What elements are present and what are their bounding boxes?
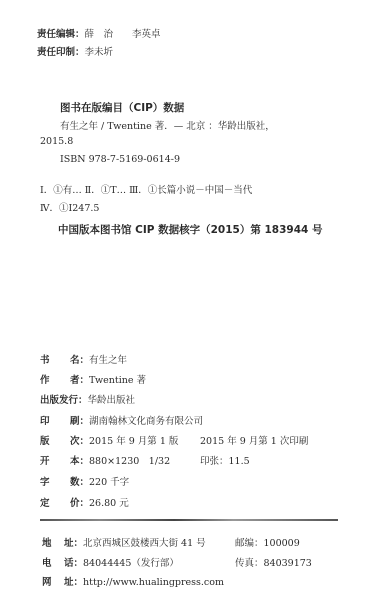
publisher: 华龄出版社 bbox=[88, 395, 136, 406]
book-title: 有生之年 bbox=[89, 355, 127, 366]
format: 880×1230 1/32 bbox=[89, 456, 170, 467]
cip-line2: 2015.8 bbox=[40, 136, 73, 147]
printing-edition: 2015 年 9 月第 1 次印刷 bbox=[200, 433, 308, 447]
detail-edition: 版次：2015 年 9 月第 1 版 bbox=[40, 433, 178, 447]
printing-name: 李未圻 bbox=[85, 47, 114, 58]
editor-credit: 责任编辑：薛 治 李英卓 bbox=[37, 26, 161, 40]
contact-phone: 电话：84044445（发行部） bbox=[42, 555, 179, 569]
detail-author: 作者：Twentine 著 bbox=[40, 372, 146, 386]
printer: 湖南翰林文化商务有限公司 bbox=[89, 416, 203, 427]
printing-credit: 责任印制：李未圻 bbox=[37, 44, 113, 58]
cip-isbn: ISBN 978-7-5169-0614-9 bbox=[60, 154, 180, 165]
postcode: 邮编：100009 bbox=[235, 535, 300, 549]
phone: 84044445（发行部） bbox=[83, 558, 179, 569]
editor-names: 薛 治 李英卓 bbox=[85, 29, 161, 40]
word-count: 220 千字 bbox=[89, 477, 129, 488]
detail-price: 定价：26.80 元 bbox=[40, 495, 129, 509]
contact-website: 网址：http://www.hualingpress.com bbox=[42, 574, 224, 588]
address: 北京西城区鼓楼西大街 41 号 bbox=[83, 538, 206, 549]
fax: 传真：84039173 bbox=[235, 555, 312, 569]
cip-class2: Ⅳ．①I247.5 bbox=[40, 200, 99, 214]
printing-label: 责任印制： bbox=[37, 47, 85, 58]
sheets: 印张：11.5 bbox=[200, 453, 250, 467]
price: 26.80 元 bbox=[89, 498, 129, 509]
cip-record: 中国版本图书馆 CIP 数据核字（2015）第 183944 号 bbox=[58, 222, 323, 237]
detail-publisher: 出版发行：华龄出版社 bbox=[40, 392, 135, 406]
editor-label: 责任编辑： bbox=[37, 29, 85, 40]
detail-printer: 印刷：湖南翰林文化商务有限公司 bbox=[40, 413, 203, 427]
cip-line1: 有生之年 / Twentine 著．— 北京 ：华龄出版社， bbox=[60, 118, 275, 132]
detail-title: 书名：有生之年 bbox=[40, 352, 127, 366]
divider bbox=[40, 519, 338, 521]
cip-heading: 图书在版编目（CIP）数据 bbox=[60, 100, 184, 115]
website-link[interactable]: http://www.hualingpress.com bbox=[83, 577, 224, 588]
detail-format: 开本：880×1230 1/32 bbox=[40, 453, 170, 467]
edition: 2015 年 9 月第 1 版 bbox=[89, 436, 178, 447]
book-author: Twentine 著 bbox=[89, 375, 146, 386]
cip-class1: Ⅰ．①有… Ⅱ．①T… Ⅲ．①长篇小说－中国－当代 bbox=[40, 182, 252, 196]
detail-wordcount: 字数：220 千字 bbox=[40, 474, 129, 488]
contact-address: 地址：北京西城区鼓楼西大街 41 号 bbox=[42, 535, 206, 549]
